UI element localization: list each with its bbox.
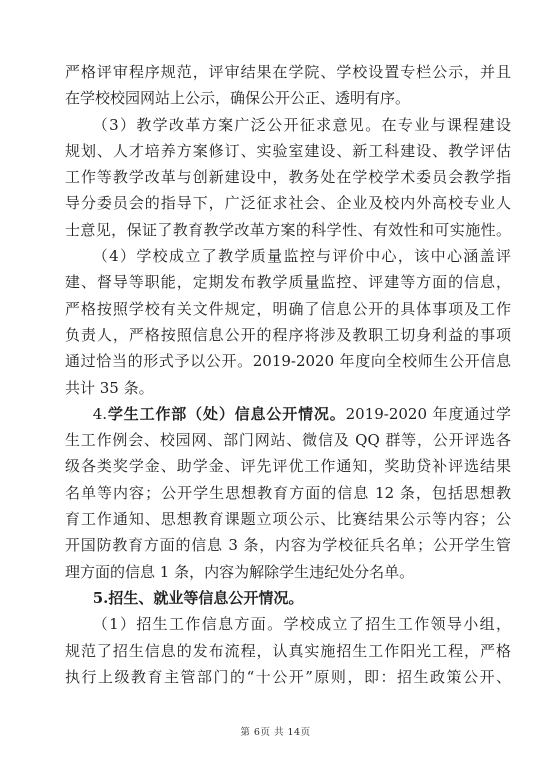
document-page: 严格评审程序规范，评审结果在学院、学校设置专栏公示，并且在学校校园网站上公示，确… (0, 0, 551, 782)
text-run: 理方面的信息 1 条，内容为解除学生违纪处分名单。 (65, 563, 414, 581)
text-line: 通过恰当的形式予以公开。2019-2020 年度向全校师生公开信息 (65, 348, 511, 374)
text-line: 4.学生工作部（处）信息公开情况。2019-2020 年度通过学 (65, 401, 511, 427)
text-run: 执行上级教育主管部门的“十公开”原则，即：招生政策公开、 (65, 668, 511, 686)
text-line: 士意见，保证了教育教学改革方案的科学性、有效性和可实施性。 (65, 217, 511, 243)
text-run: 导分委员会的指导下，广泛征求社会、企业及校内外高校专业人 (65, 194, 511, 212)
text-line: 理方面的信息 1 条，内容为解除学生违纪处分名单。 (65, 559, 511, 585)
text-line: 级各类奖学金、助学金、评先评优工作通知，奖助贷补评选结果 (65, 453, 511, 479)
text-line: 在学校校园网站上公示，确保公开公正、透明有序。 (65, 85, 511, 111)
text-run: （3）教学改革方案广泛公开征求意见。在专业与课程建设 (93, 116, 511, 134)
document-body: 严格评审程序规范，评审结果在学院、学校设置专栏公示，并且在学校校园网站上公示，确… (65, 59, 511, 690)
text-run: （4）学校成立了教学质量监控与评价中心，该中心涵盖评 (93, 247, 511, 265)
text-line: 工作等教学改革与创新建设中，教务处在学校学术委员会教学指 (65, 164, 511, 190)
text-run: 严格评审程序规范，评审结果在学院、学校设置专栏公示，并且 (65, 63, 511, 81)
text-line: 规划、人才培养方案修订、实验室建设、新工科建设、教学评估 (65, 138, 511, 164)
text-run: 负责人，严格按照信息公开的程序将涉及教职工切身利益的事项 (65, 326, 511, 344)
page-footer: 第 6页 共 14页 (0, 725, 551, 740)
text-run: 通过恰当的形式予以公开。2019-2020 年度向全校师生公开信息 (65, 352, 511, 370)
text-line: （4）学校成立了教学质量监控与评价中心，该中心涵盖评 (65, 243, 511, 269)
text-line: 生工作例会、校园网、部门网站、微信及 QQ 群等，公开评选各 (65, 427, 511, 453)
text-run: 5.招生、就业等信息公开情况。 (93, 589, 304, 607)
page-number: 第 6页 共 14页 (240, 727, 310, 738)
text-run: 工作等教学改革与创新建设中，教务处在学校学术委员会教学指 (65, 168, 511, 186)
text-run: 规划、人才培养方案修订、实验室建设、新工科建设、教学评估 (65, 142, 511, 160)
text-run: 级各类奖学金、助学金、评先评优工作通知，奖助贷补评选结果 (65, 457, 511, 475)
text-run: 共计 35 条。 (65, 379, 154, 397)
text-line: 建、督导等职能，定期发布教学质量监控、评建等方面的信息， (65, 269, 511, 295)
text-line: 严格按照学校有关文件规定，明确了信息公开的具体事项及工作 (65, 296, 511, 322)
text-line: 规范了招生信息的发布流程，认真实施招生工作阳光工程，严格 (65, 638, 511, 664)
text-line: 共计 35 条。 (65, 375, 511, 401)
text-line: 负责人，严格按照信息公开的程序将涉及教职工切身利益的事项 (65, 322, 511, 348)
text-line: （1）招生工作信息方面。学校成立了招生工作领导小组， (65, 611, 511, 637)
text-run: 名单等内容；公开学生思想教育方面的信息 12 条，包括思想教 (65, 484, 511, 502)
text-run: 开国防教育方面的信息 3 条，内容为学校征兵名单；公开学生管 (65, 536, 511, 554)
text-line: （3）教学改革方案广泛公开征求意见。在专业与课程建设 (65, 112, 511, 138)
text-run: 士意见，保证了教育教学改革方案的科学性、有效性和可实施性。 (65, 221, 511, 239)
text-line: 执行上级教育主管部门的“十公开”原则，即：招生政策公开、 (65, 664, 511, 690)
text-run: 学生工作部（处）信息公开情况。 (107, 405, 346, 423)
text-line: 5.招生、就业等信息公开情况。 (65, 585, 511, 611)
text-run: 严格按照学校有关文件规定，明确了信息公开的具体事项及工作 (65, 300, 511, 318)
text-run: 育工作通知、思想教育课题立项公示、比赛结果公示等内容；公 (65, 510, 511, 528)
text-run: 建、督导等职能，定期发布教学质量监控、评建等方面的信息， (65, 273, 511, 291)
text-line: 严格评审程序规范，评审结果在学院、学校设置专栏公示，并且 (65, 59, 511, 85)
text-run: （1）招生工作信息方面。学校成立了招生工作领导小组， (93, 615, 511, 633)
text-run: 生工作例会、校园网、部门网站、微信及 QQ 群等，公开评选各 (65, 431, 511, 449)
text-run: 2019-2020 年度通过学 (346, 405, 511, 423)
text-line: 导分委员会的指导下，广泛征求社会、企业及校内外高校专业人 (65, 190, 511, 216)
text-line: 育工作通知、思想教育课题立项公示、比赛结果公示等内容；公 (65, 506, 511, 532)
text-run: 在学校校园网站上公示，确保公开公正、透明有序。 (65, 89, 410, 107)
text-line: 开国防教育方面的信息 3 条，内容为学校征兵名单；公开学生管 (65, 532, 511, 558)
text-run: 规范了招生信息的发布流程，认真实施招生工作阳光工程，严格 (65, 642, 511, 660)
text-run: 4. (93, 405, 107, 423)
text-line: 名单等内容；公开学生思想教育方面的信息 12 条，包括思想教 (65, 480, 511, 506)
